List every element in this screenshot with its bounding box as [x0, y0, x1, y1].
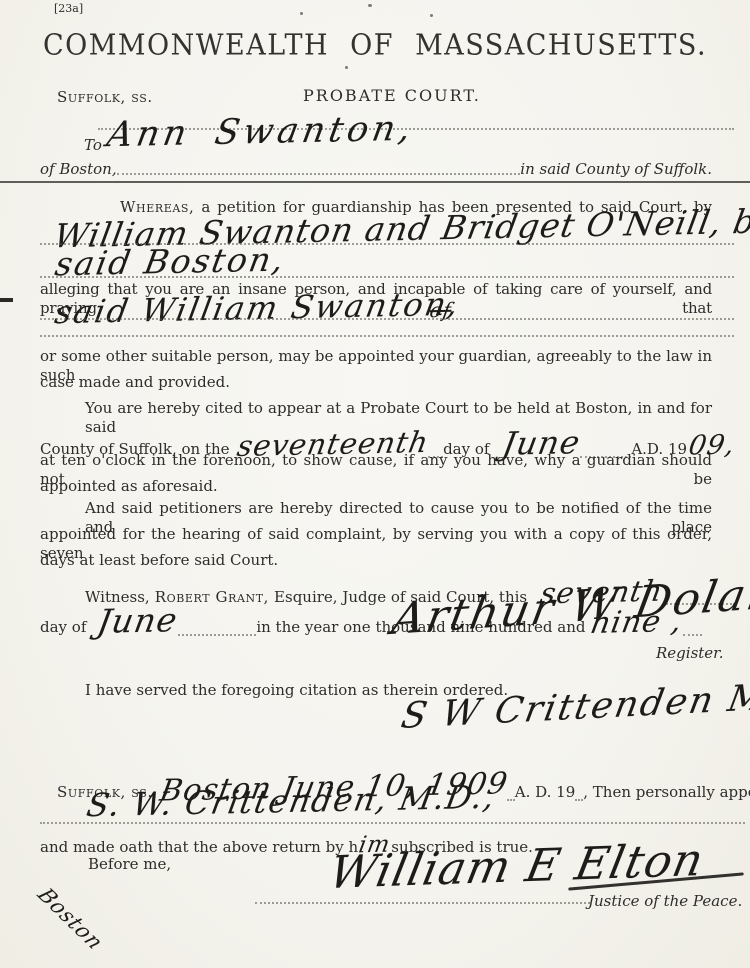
court-label: PROBATE COURT.	[303, 86, 481, 106]
suitable-person-line2: case made and provided.	[40, 373, 230, 392]
fill-in-rule	[40, 822, 745, 824]
citation-line4: appointed as aforesaid.	[40, 477, 218, 496]
appearer-name-handwritten: S. W. Crittenden, M.D.,	[84, 778, 499, 825]
recipient-name-handwritten: Ann Swanton,	[104, 109, 418, 155]
county-label: Suffolk, ss.	[57, 88, 153, 107]
notice-line3: days at least before said Court.	[40, 551, 278, 570]
of-city-label: of Boston,	[40, 160, 117, 179]
fill-in-rule	[117, 173, 521, 175]
fill-in-rule	[40, 335, 734, 337]
justice-title: Justice of the Peace.	[588, 892, 742, 911]
oath-start-text: and made oath that the above return by h	[40, 838, 358, 856]
witness-month-handwritten: June	[95, 600, 181, 641]
fold-line	[0, 181, 750, 183]
guardian-name-handwritten: said William Swanton,	[52, 285, 463, 331]
ink-speck	[300, 12, 303, 15]
fill-in-rule	[40, 276, 734, 278]
fill-in-rule	[575, 799, 583, 801]
jurat-then-text: , Then personally appeared	[583, 783, 750, 802]
fill-in-rule	[178, 634, 257, 636]
fill-in-rule	[507, 799, 515, 801]
margin-dash-mark	[0, 298, 13, 302]
document-title: COMMONWEALTH OF MASSACHUSETTS.	[0, 29, 750, 62]
ink-speck	[430, 14, 433, 17]
page-tag: [23a]	[54, 2, 83, 16]
ink-speck	[345, 66, 348, 69]
margin-note-handwritten: Boston	[32, 884, 109, 954]
in-county-label: in said County of Suffolk.	[520, 160, 712, 179]
before-me-label: Before me,	[88, 855, 171, 874]
ink-speck	[368, 4, 372, 7]
register-title: Register.	[656, 644, 723, 663]
to-label: To	[84, 136, 102, 155]
witness-day-of-label: day of	[40, 618, 86, 637]
fill-in-rule	[683, 634, 703, 636]
fill-in-rule	[255, 902, 590, 904]
fill-in-rule	[40, 318, 734, 320]
jurat-ad-label: A. D. 19	[515, 783, 575, 802]
document-page: [23a] COMMONWEALTH OF MASSACHUSETTS. Suf…	[0, 0, 750, 968]
